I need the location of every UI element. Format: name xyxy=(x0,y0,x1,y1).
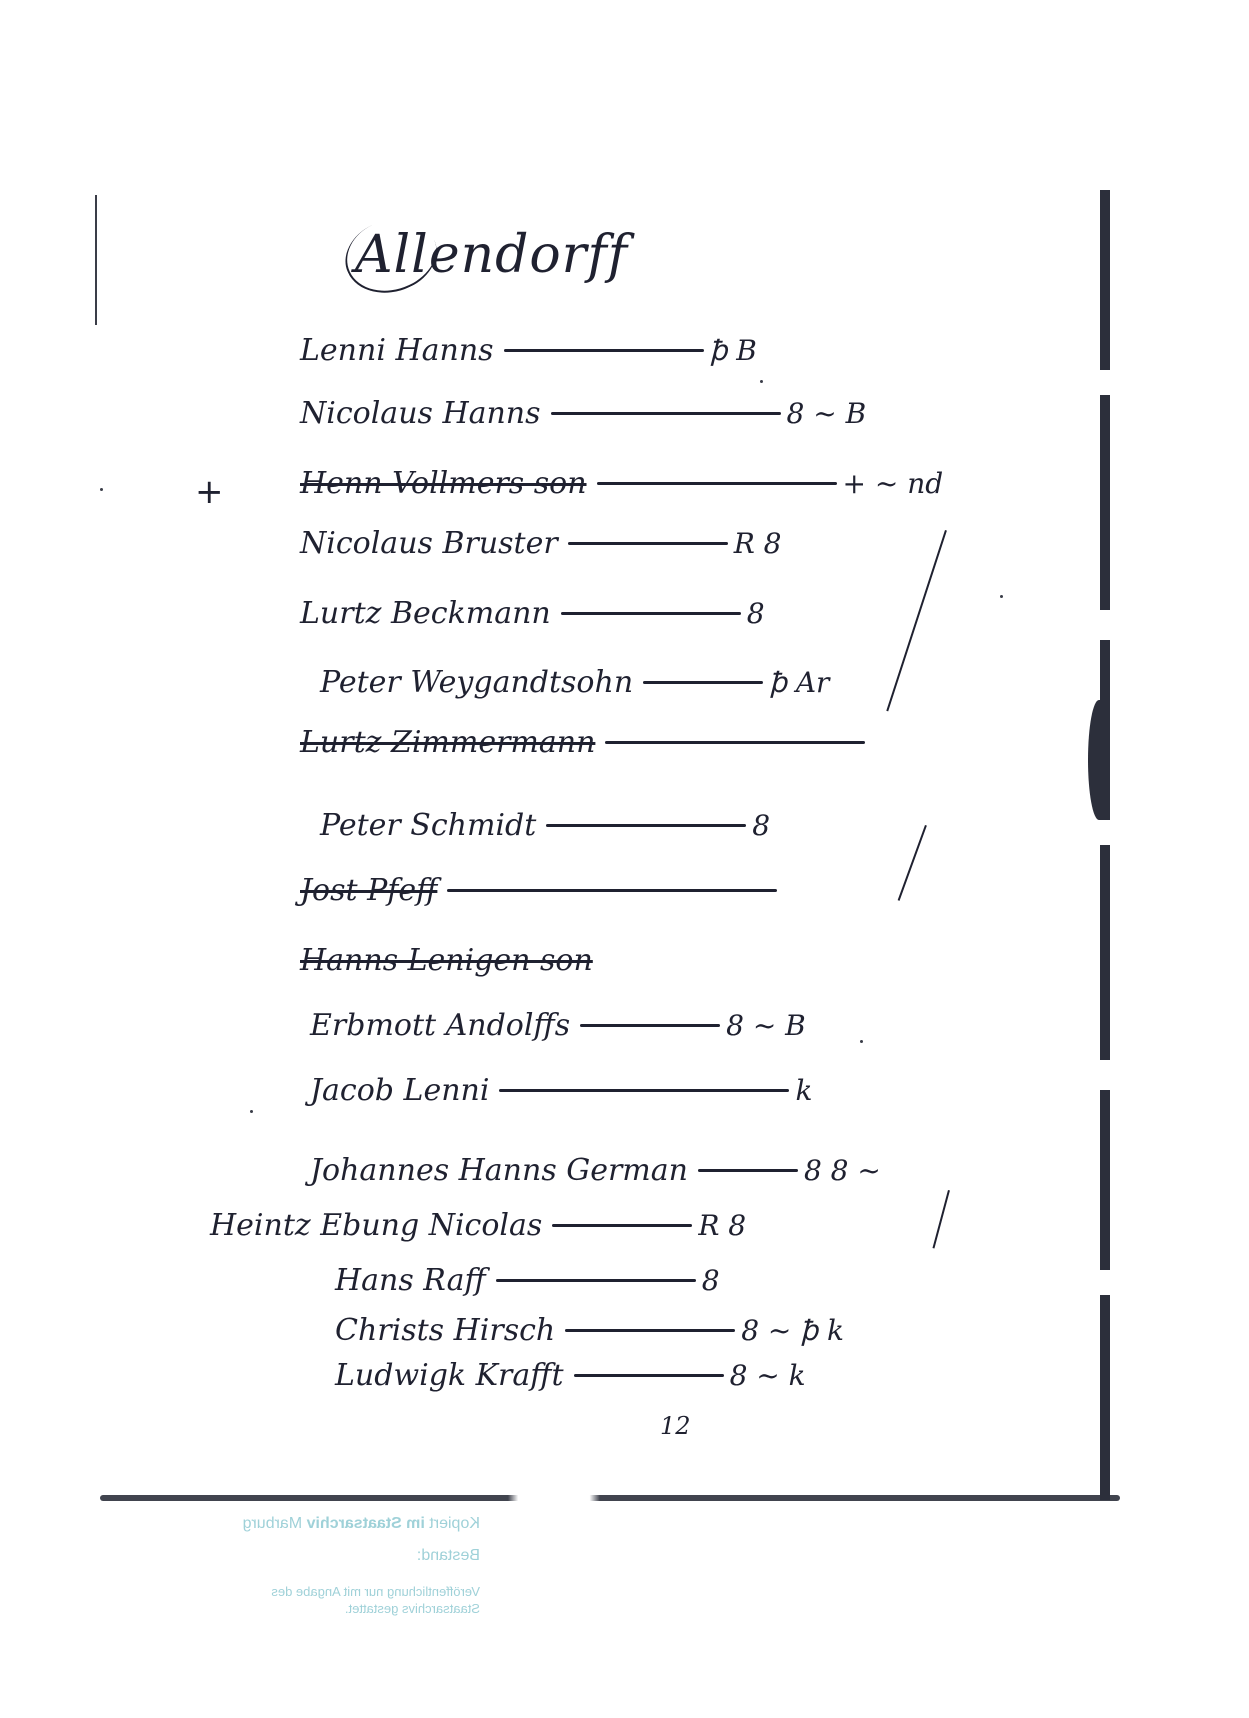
entry-name: Lurtz Beckmann xyxy=(300,596,551,631)
page-left-border xyxy=(95,195,97,325)
page-right-edge xyxy=(1100,190,1110,1500)
entry-leader-line xyxy=(643,681,763,684)
list-item: Lurtz Beckmann 8 xyxy=(300,593,765,633)
list-item: Nicolaus Bruster R 8 xyxy=(300,523,782,563)
entry-mark: R 8 xyxy=(734,527,782,560)
entry-mark: ꝥ B xyxy=(710,334,757,367)
entry-name: Hanns Lenigen son xyxy=(300,943,593,978)
list-item: Nicolaus Hanns 8 ~ B xyxy=(300,393,866,433)
entry-name: Henn Vollmers son xyxy=(300,466,587,501)
list-item: Hanns Lenigen son xyxy=(300,940,599,980)
entry-leader-line xyxy=(568,542,728,545)
entry-name: Erbmott Andolffs xyxy=(310,1008,570,1043)
entry-name: Nicolaus Hanns xyxy=(300,396,541,431)
scan-speck xyxy=(250,1110,253,1113)
scan-speck xyxy=(860,1040,863,1043)
entry-leader-line xyxy=(551,412,781,415)
entry-mark: 8 xyxy=(747,597,765,630)
entry-name: Jost Pfeff xyxy=(300,873,437,908)
entry-mark: 8 ~ B xyxy=(726,1009,806,1042)
scan-speck xyxy=(1000,595,1003,598)
entry-name: Peter Schmidt xyxy=(320,808,536,843)
entry-mark: 8 ~ k xyxy=(730,1359,806,1392)
stamp-line-3: Veröffentlichung nur mit Angabe des xyxy=(160,1583,480,1600)
list-item: Jost Pfeff xyxy=(300,870,783,910)
entry-name: Johannes Hanns German xyxy=(310,1153,688,1188)
entry-name: Jacob Lenni xyxy=(310,1073,489,1108)
list-item: Lenni Hanns ꝥ B xyxy=(300,330,757,370)
list-item: Heintz Ebung Nicolas R 8 xyxy=(210,1205,746,1245)
page-title: Allendorff xyxy=(355,225,628,285)
entry-leader-line xyxy=(447,889,777,892)
entry-name: Heintz Ebung Nicolas xyxy=(210,1208,542,1243)
stamp-line-4: Staatsarchivs gestattet. xyxy=(160,1600,480,1617)
list-item: Peter Weygandtsohn ꝥ Ar xyxy=(320,662,829,702)
entry-mark: 8 8 ~ xyxy=(804,1154,881,1187)
list-item: Jacob Lenni k xyxy=(310,1070,812,1110)
entry-leader-line xyxy=(605,741,865,744)
entry-leader-line xyxy=(574,1374,724,1377)
entry-leader-line xyxy=(552,1224,692,1227)
archive-stamp: Kopiert im Staatsarchiv Marburg Bestand:… xyxy=(160,1515,480,1617)
entry-mark: k xyxy=(795,1074,812,1107)
scan-speck xyxy=(760,380,763,383)
entry-mark: 8 xyxy=(702,1264,720,1297)
stamp-text: Kopiert xyxy=(425,1515,480,1532)
list-item: Peter Schmidt 8 xyxy=(320,805,770,845)
list-item: Erbmott Andolffs 8 ~ B xyxy=(310,1005,806,1045)
bracket-stroke xyxy=(932,1190,949,1248)
stamp-text-bold: im Staatsarchiv xyxy=(307,1515,425,1532)
entry-name: Christs Hirsch xyxy=(335,1313,555,1348)
entry-leader-line xyxy=(597,482,837,485)
page-bottom-edge xyxy=(100,1495,1120,1501)
entry-name: Lenni Hanns xyxy=(300,333,494,368)
bracket-stroke xyxy=(898,825,927,901)
list-item: Ludwigk Krafft 8 ~ k xyxy=(335,1355,806,1395)
list-item: Henn Vollmers son + ~ nd xyxy=(300,463,943,503)
entry-mark: 8 ~ B xyxy=(787,397,867,430)
entry-leader-line xyxy=(580,1024,720,1027)
stamp-line-2: Bestand: xyxy=(160,1547,480,1565)
entry-name: Nicolaus Bruster xyxy=(300,526,558,561)
stamp-line-1: Kopiert im Staatsarchiv Marburg xyxy=(160,1515,480,1533)
entry-name: Lurtz Zimmermann xyxy=(300,725,595,760)
entry-leader-line xyxy=(499,1089,789,1092)
page-right-shadow xyxy=(1088,700,1110,820)
entry-mark: 8 xyxy=(752,809,770,842)
list-item: Lurtz Zimmermann xyxy=(300,722,871,762)
entry-leader-line xyxy=(565,1329,735,1332)
entry-name: Peter Weygandtsohn xyxy=(320,665,633,700)
entry-mark: 8 ~ ꝥ k xyxy=(741,1314,844,1347)
entry-leader-line xyxy=(561,612,741,615)
list-item: Christs Hirsch 8 ~ ꝥ k xyxy=(335,1310,844,1350)
margin-cross-icon: + xyxy=(195,472,224,512)
stamp-text: Marburg xyxy=(243,1515,307,1532)
list-item: Johannes Hanns German 8 8 ~ xyxy=(310,1150,881,1190)
entry-mark: ꝥ Ar xyxy=(769,666,829,699)
entry-mark: R 8 xyxy=(698,1209,746,1242)
entry-leader-line xyxy=(698,1169,798,1172)
page-number: 12 xyxy=(660,1412,691,1440)
entry-leader-line xyxy=(504,349,704,352)
bracket-stroke xyxy=(886,530,947,711)
scan-speck xyxy=(100,488,103,491)
entry-name: Ludwigk Krafft xyxy=(335,1358,564,1393)
entry-leader-line xyxy=(496,1279,696,1282)
list-item: Hans Raff 8 xyxy=(335,1260,720,1300)
entry-name: Hans Raff xyxy=(335,1263,486,1298)
entry-leader-line xyxy=(546,824,746,827)
entry-mark: + ~ nd xyxy=(843,467,944,500)
